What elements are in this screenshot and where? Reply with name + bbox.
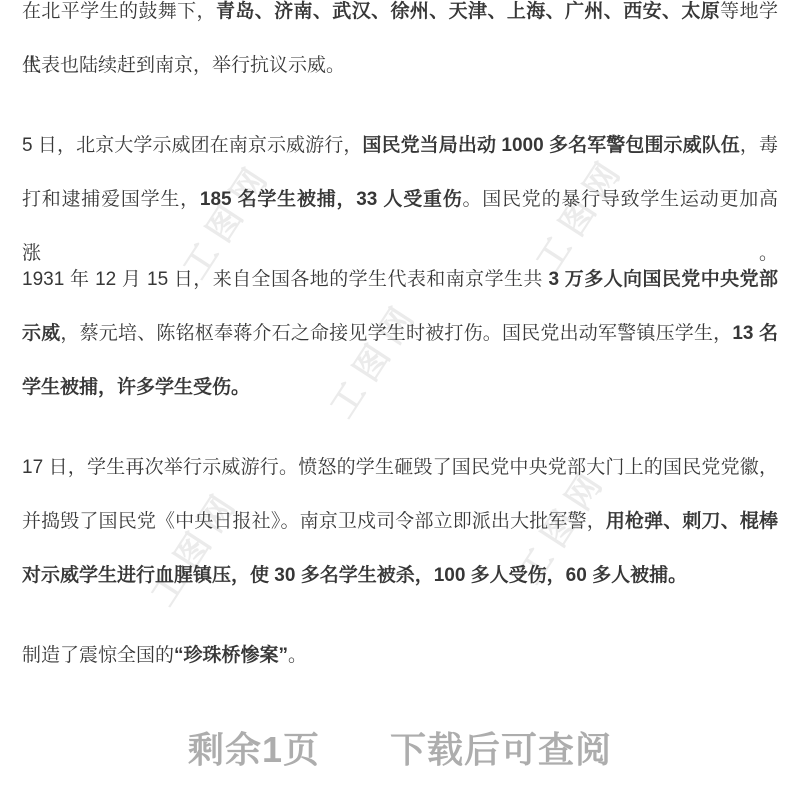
- text-line: 示威，蔡元培、陈铭枢奉蒋介石之命接见学生时被打伤。国民党出动军警镇压学生，13 …: [22, 307, 778, 361]
- text-line: 对示威学生进行血腥镇压，使 30 多名学生被杀，100 多人受伤，60 多人被捕…: [22, 549, 778, 603]
- text-run-bold: 青岛、济南、武汉、徐州、天津、上海、广州、西安、太原: [216, 1, 720, 22]
- text-run: ，毒: [740, 135, 778, 156]
- remaining-pages-label: 剩余1页: [188, 726, 320, 774]
- document-page: 工图网工图网工图网工图网工图网 在北平学生的鼓舞下，青岛、济南、武汉、徐州、天津…: [0, 0, 800, 800]
- paragraphs-container: 在北平学生的鼓舞下，青岛、济南、武汉、徐州、天津、上海、广州、西安、太原等地学生…: [22, 0, 778, 683]
- text-run-bold: 国民党当局出动 1000 多名军警包围示威队伍: [362, 135, 739, 156]
- text-run: 制造了震惊全国的: [22, 645, 174, 666]
- text-line: 1931 年 12 月 15 日，来自全国各地的学生代表和南京学生共 3 万多人…: [22, 253, 778, 307]
- preview-footer: 剩余1页 下载后可查阅: [22, 726, 778, 774]
- download-to-view-label: 下载后可查阅: [390, 726, 612, 774]
- paragraph: 17 日，学生再次举行示威游行。愤怒的学生砸毁了国民党中央党部大门上的国民党党徽…: [22, 441, 778, 603]
- paragraph: 5 日，北京大学示威团在南京示威游行，国民党当局出动 1000 多名军警包围示威…: [22, 119, 778, 227]
- text-run-bold: “珍珠桥惨案”: [174, 645, 288, 666]
- text-run-bold: 3 万多人向国民党中央党部: [549, 269, 778, 290]
- text-run: 1931 年 12 月 15 日，来自全国各地的学生代表和南京学生共: [22, 269, 549, 290]
- text-run: ，蔡元培、陈铭枢奉蒋介石之命接见学生时被打伤。国民党出动军警镇压学生，: [60, 323, 732, 344]
- text-line: 代表也陆续赶到南京，举行抗议示威。: [22, 39, 778, 93]
- paragraph: 制造了震惊全国的“珍珠桥惨案”。: [22, 629, 778, 683]
- text-run-bold: 示威: [22, 323, 60, 344]
- text-run: 。: [288, 645, 307, 666]
- text-line: 打和逮捕爱国学生，185 名学生被捕，33 人受重伤。国民党的暴行导致学生运动更…: [22, 173, 778, 227]
- paragraph: 1931 年 12 月 15 日，来自全国各地的学生代表和南京学生共 3 万多人…: [22, 253, 778, 415]
- text-run-bold: 185 名学生被捕，33 人受重伤: [200, 189, 463, 210]
- text-run-bold: 学生被捕，许多学生受伤。: [22, 377, 250, 398]
- paragraph: 在北平学生的鼓舞下，青岛、济南、武汉、徐州、天津、上海、广州、西安、太原等地学生…: [22, 0, 778, 93]
- text-line: 学生被捕，许多学生受伤。: [22, 361, 778, 415]
- text-run-bold: 13 名: [732, 323, 778, 344]
- text-run-bold: 对示威学生进行血腥镇压，使 30 多名学生被杀，100 多人受伤，60 多人被捕…: [22, 565, 687, 586]
- text-line: 并捣毁了国民党《中央日报社》。南京卫戍司令部立即派出大批军警，用枪弹、刺刀、棍棒: [22, 495, 778, 549]
- text-line: 制造了震惊全国的“珍珠桥惨案”。: [22, 629, 778, 683]
- text-run: 打和逮捕爱国学生，: [22, 189, 200, 210]
- text-run: 5 日，北京大学示威团在南京示威游行，: [22, 135, 362, 156]
- text-run: 代表也陆续赶到南京，举行抗议示威。: [22, 55, 345, 76]
- text-line: 5 日，北京大学示威团在南京示威游行，国民党当局出动 1000 多名军警包围示威…: [22, 119, 778, 173]
- text-run-bold: 用枪弹、刺刀、棍棒: [606, 511, 778, 532]
- text-line: 17 日，学生再次举行示威游行。愤怒的学生砸毁了国民党中央党部大门上的国民党党徽…: [22, 441, 778, 495]
- text-run: 并捣毁了国民党《中央日报社》。南京卫戍司令部立即派出大批军警，: [22, 511, 606, 532]
- text-run: 在北平学生的鼓舞下，: [22, 1, 216, 22]
- text-run: 17 日，学生再次举行示威游行。愤怒的学生砸毁了国民党中央党部大门上的国民党党徽…: [22, 457, 778, 478]
- document-content: 在北平学生的鼓舞下，青岛、济南、武汉、徐州、天津、上海、广州、西安、太原等地学生…: [22, 0, 778, 774]
- text-line: 在北平学生的鼓舞下，青岛、济南、武汉、徐州、天津、上海、广州、西安、太原等地学生: [22, 0, 778, 39]
